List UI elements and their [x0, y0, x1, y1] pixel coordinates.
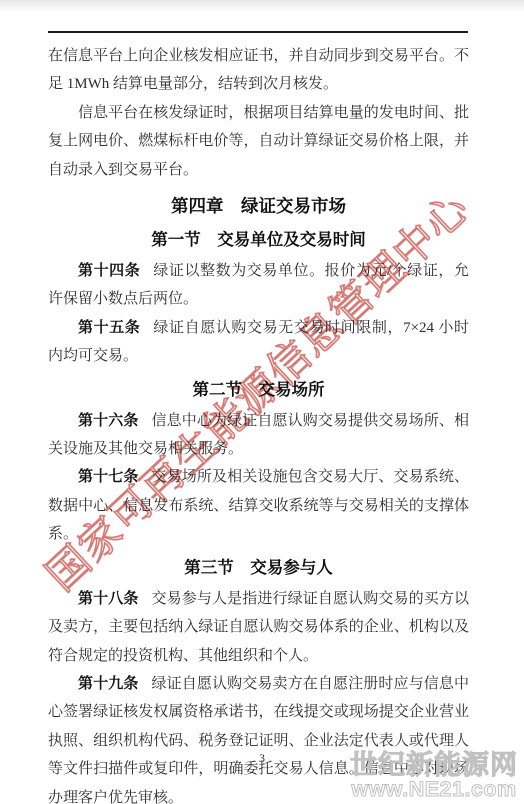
header-rule: [48, 31, 468, 33]
section-heading: 第三节 交易参与人: [48, 553, 469, 583]
page-number: 3: [0, 751, 524, 766]
paragraph: 在信息平台上向企业核发相应证书，并自动同步到交易平台。不足 1MWh 结算电量部…: [48, 42, 469, 99]
article-number: 第十四条: [78, 262, 140, 279]
article: 第十六条信息中心为绿证自愿认购交易提供交易场所、相关设施及其他交易相关服务。: [48, 407, 469, 464]
document-body: 在信息平台上向企业核发相应证书，并自动同步到交易平台。不足 1MWh 结算电量部…: [48, 42, 469, 804]
article-number: 第十五条: [78, 319, 140, 336]
section-heading: 第一节 交易单位及交易时间: [48, 225, 469, 255]
paragraph: 信息平台在核发绿证时，根据项目结算电量的发电时间、批复上网电价、燃煤标杆电价等，…: [48, 99, 469, 184]
article-text: 绿证自愿认购交易卖方在自愿注册时应与信息中心签署绿证核发权属资格承诺书，在线提交…: [48, 676, 469, 804]
article: 第十四条绿证以整数为交易单位。报价为元/个绿证，允许保留小数点后两位。: [48, 257, 469, 314]
article: 第十八条交易参与人是指进行绿证自愿认购交易的买方以及卖方，主要包括纳入绿证自愿认…: [48, 585, 469, 670]
article-number: 第十九条: [78, 675, 139, 692]
article-number: 第十六条: [78, 412, 139, 429]
document-page: 国家可再生能源信息管理中心 在信息平台上向企业核发相应证书，并自动同步到交易平台…: [0, 0, 524, 804]
scan-top-edge: [0, 0, 524, 12]
article: 第十九条绿证自愿认购交易卖方在自愿注册时应与信息中心签署绿证核发权属资格承诺书，…: [48, 670, 469, 804]
section-heading: 第二节 交易场所: [48, 375, 469, 405]
article: 第十七条交易场所及相关设施包含交易大厅、交易系统、数据中心、信息发布系统、结算交…: [48, 463, 469, 548]
article-number: 第十八条: [78, 590, 139, 607]
article: 第十五条绿证自愿认购交易无交易时间限制，7×24 小时内均可交易。: [48, 314, 469, 371]
chapter-heading: 第四章 绿证交易市场: [48, 191, 469, 221]
article-number: 第十七条: [78, 468, 139, 485]
